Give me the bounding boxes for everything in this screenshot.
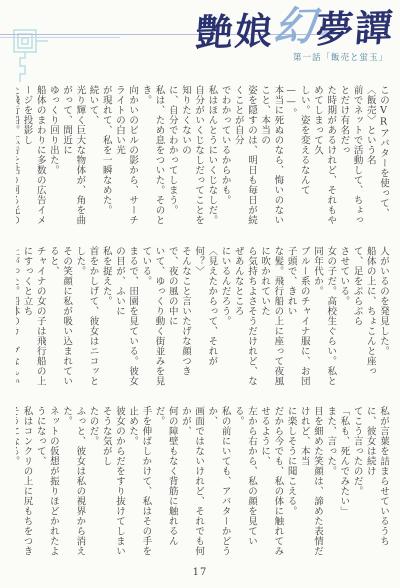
text-column: 目を細めた笑顔は、諦めた表情だけれど、本当 <box>298 406 324 556</box>
text-column: 姿を隠すのは、明日も毎日が続くことが自分 <box>232 85 258 226</box>
text-column: 私はコンクリの上に尻もちをつきそうになる。 <box>16 406 34 556</box>
text-column: 左から右から、私の顔を見ている。 <box>232 406 258 556</box>
text-column: 彼女のからだをすり抜けてしまいそうな気がし <box>100 406 126 556</box>
text-column: 船体の上に、ちょこんと座って、足をぶらぶら <box>350 246 376 387</box>
text-column: まるで、田園を見ている。彼女の目が、ふいに <box>113 246 139 387</box>
corner-scroll-ornament <box>8 26 48 86</box>
text-column: でわかっているからかも。 <box>218 85 231 226</box>
text-column: ふっと、彼女は私の視界から消えた。 <box>60 406 86 556</box>
text-column: だから今でも、私の体に触れてみせるように、 <box>258 406 284 556</box>
text-column: いて、ゆっくり動く街並みを見ている。 <box>139 246 165 387</box>
text-column: 人がいるのを発見した。 <box>377 246 390 387</box>
novel-page: 艶娘幻夢譚 第一話「飯売と蛍玉」 このVRアバターを使って、〈飯売〉という名前で… <box>0 0 400 588</box>
text-column: 女の子だ。高校生ぐらい。私と同年代か。 <box>311 246 337 387</box>
text-column: 本当に死ぬのなら、悔いのないこと、本当の <box>258 85 284 226</box>
chapter-title: 艶娘幻夢譚 <box>194 7 396 52</box>
text-block-middle: 人がいるのを発見した。船体の上に、ちょこんと座って、足をぶらぶらさせている。女の… <box>16 246 390 387</box>
header-rule-line-2 <box>0 37 120 38</box>
page-number: 17 <box>0 567 400 578</box>
text-column: 船体のまわりに多数の広告イメージを投影し <box>20 85 46 226</box>
text-column: てこう言ったのだ。 <box>350 406 363 556</box>
text-column: させている。 <box>337 246 350 387</box>
text-column: にいるんだろう。 <box>218 246 231 387</box>
text-column: 私はほんとうにいくじなしだ。 <box>205 85 218 226</box>
text-column: その笑顔に私が吸い込まれていると、 <box>47 246 73 387</box>
text-column: 何の障壁もなく背筋に触れるんだ。 <box>152 406 178 556</box>
text-column: 私が言葉を詰まらせているうちに、彼女は続け <box>364 406 390 556</box>
text-column: ネットの仮想が振りほどかれたようになって、 <box>34 406 60 556</box>
text-column: に、自分でわかってしまう。 <box>166 85 179 226</box>
text-column: 手を伸ばしかけて、私はその手を止めた。 <box>126 406 152 556</box>
text-column: が現れて、私を一瞬なめた。 <box>100 85 113 226</box>
text-column: な髪。飛行船の上に座って夜風に吹かれていた <box>258 246 284 387</box>
chapter-subtitle: 第一話「飯売と蛍玉」 <box>293 51 388 63</box>
text-column: 首をかしげて、彼女はニコッとした。 <box>73 246 99 387</box>
text-column: ら気持ちよさそうだけれど、なぜあんなところ <box>232 246 258 387</box>
text-block-bottom: 私が言葉を詰まらせているうちに、彼女は続けてこう言ったのだ。「私も、死んでみたい… <box>16 406 390 556</box>
text-column: ブルー系のチャイナ服に、お団子頭で、きれい <box>284 246 310 387</box>
chapter-title-accent-char: 幻 <box>272 2 318 50</box>
text-column: ゆっくり回り出た。 <box>47 85 60 226</box>
text-column: 〈見えたからって、それが何？〉 <box>192 246 218 387</box>
chapter-title-part1: 艶娘 <box>194 9 276 55</box>
text-column: 光り輝く巨大な物体が、角を曲がって、間近に <box>60 85 86 226</box>
text-column: に楽しそうに聞こえる。 <box>284 406 297 556</box>
chapter-title-part2: 夢譚 <box>314 5 396 51</box>
text-column: 続いて、 <box>86 85 99 226</box>
text-column: たのだ。 <box>86 406 99 556</box>
text-column: しい。姿を変えるなんて——。 <box>284 85 310 226</box>
text-column: 自分がいくじなしだってことを知りたくないの <box>179 85 205 226</box>
text-column: このVRアバターを使って、〈飯売〉という名 <box>364 85 390 226</box>
text-column: 前でネットで活動して、ちょっとだけ有名だっ <box>337 85 363 226</box>
text-column: 向かいのビルの影から、サーチライトの白い光 <box>113 85 139 226</box>
text-column: た飛行船。広告を貼り回る光の帯。 <box>16 85 20 226</box>
text-column: 私を捉えた。 <box>100 246 113 387</box>
text-column: た時期があるけれど、それもやめてしまって久 <box>311 85 337 226</box>
text-column: 私の前にいても、アバターかどうか、 <box>205 406 231 556</box>
text-column: 「私も、死んでみたい」 <box>337 406 350 556</box>
text-column: そんなこと言いたげな顔つきで、夜の風の中に <box>166 246 192 387</box>
text-column: 画面ではないけれど、それでも何かが、 <box>179 406 205 556</box>
text-column: 上がった。船体のカーブなんか気にもとめてい <box>16 246 20 387</box>
text-block-top: このVRアバターを使って、〈飯売〉という名前でネットで活動して、ちょっとだけ有名… <box>16 85 390 226</box>
text-column: また、言った。 <box>324 406 337 556</box>
text-column: 私は、ため息をついた。そのとき。 <box>139 85 165 226</box>
text-column: チャイナの女の子は飛行船の上にすっくと立ち <box>20 246 46 387</box>
